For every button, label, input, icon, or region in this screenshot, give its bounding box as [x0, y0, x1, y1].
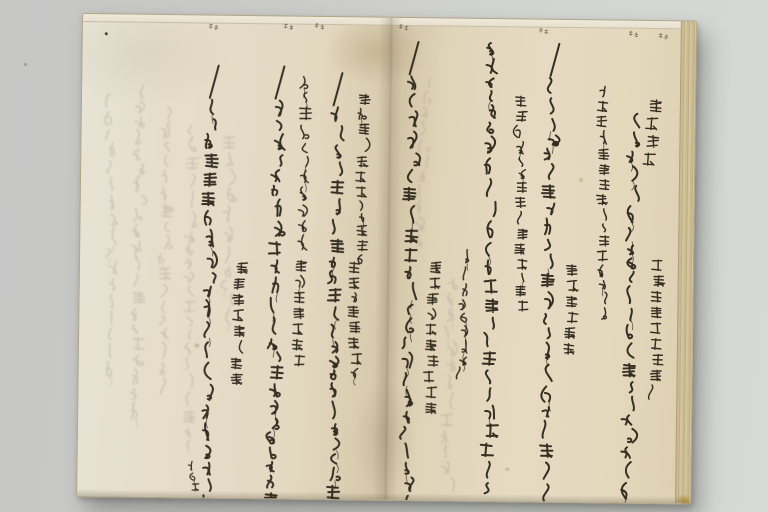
ghost-column [182, 125, 199, 451]
author-column [231, 263, 247, 384]
marginal-marks [209, 22, 668, 40]
collation-mark [315, 23, 324, 30]
collation-mark [539, 28, 548, 35]
ghost-column [129, 85, 148, 428]
kotobagaki-column [355, 94, 370, 263]
collation-mark [399, 24, 408, 31]
author-column [423, 262, 440, 413]
dust-speck [24, 63, 27, 66]
poem-column [399, 42, 421, 504]
author-column [292, 261, 306, 366]
kotobagaki-column [511, 96, 530, 311]
kotobagaki-column [456, 250, 468, 379]
author-column [649, 260, 665, 399]
topic-column [643, 100, 661, 165]
author-column [564, 265, 578, 354]
ghost-column [441, 278, 459, 491]
poem-column [538, 44, 560, 501]
ghost-column [102, 94, 120, 385]
collation-mark [629, 31, 638, 38]
poem-column [265, 66, 287, 503]
poem-column [325, 73, 345, 498]
poem-column [199, 65, 220, 503]
poem-column [620, 114, 641, 504]
manuscript-book [76, 13, 697, 504]
ghost-column [157, 107, 175, 394]
photo-background [0, 0, 768, 512]
poem-tail-column [188, 461, 199, 491]
calligraphy-layer [77, 14, 696, 503]
collation-mark [284, 23, 293, 30]
kotobagaki-column [595, 86, 611, 319]
collation-mark [209, 24, 218, 31]
author-column [347, 262, 362, 385]
calligraphy-columns [188, 39, 667, 503]
collation-mark [659, 33, 668, 40]
poem-continuation-column [298, 77, 312, 250]
poem-column [480, 43, 502, 494]
